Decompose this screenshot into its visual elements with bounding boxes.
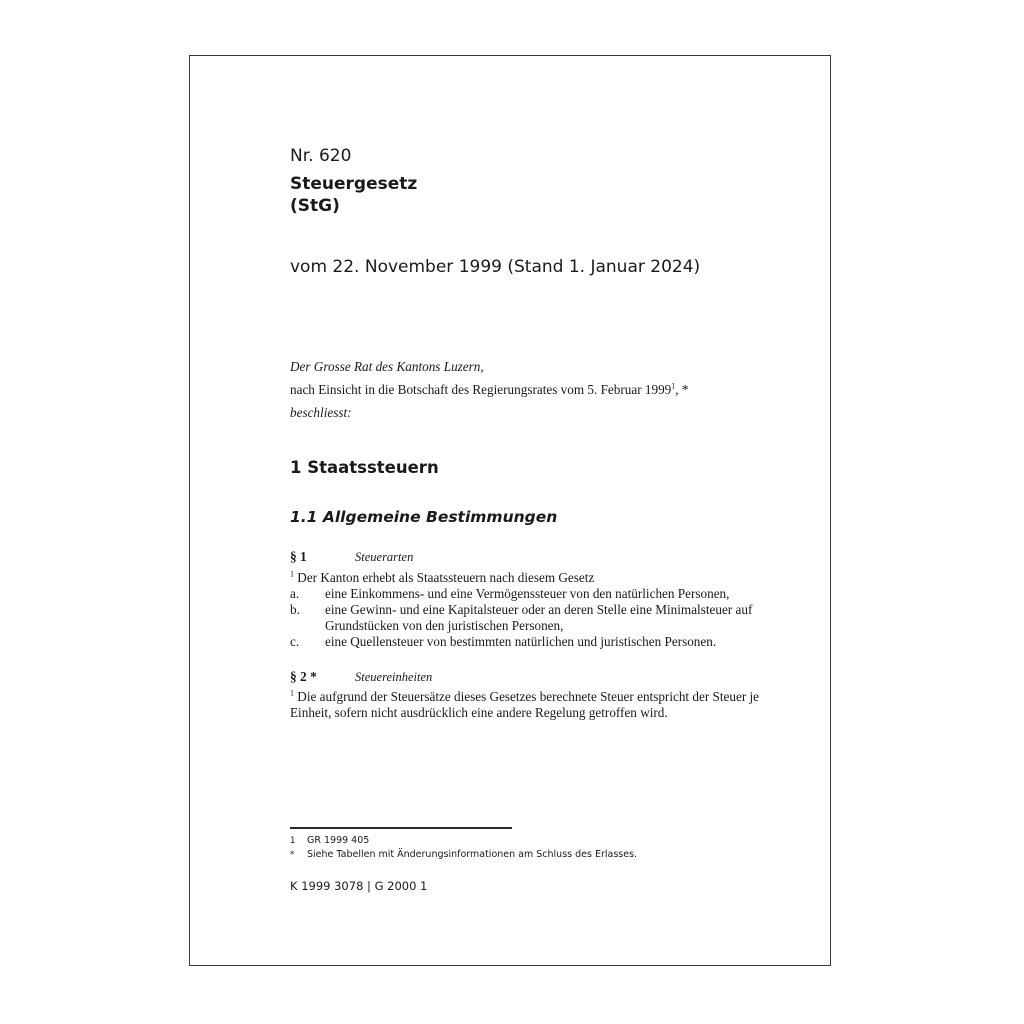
preamble-basis-text: nach Einsicht in die Botschaft des Regie…: [290, 382, 671, 397]
paragraph-intro-text: Der Kanton erhebt als Staatssteuern nach…: [294, 570, 594, 585]
paragraph-number: § 1: [290, 549, 355, 565]
law-date: vom 22. November 1999 (Stand 1. Januar 2…: [290, 257, 700, 277]
law-title-abbreviation: (StG): [290, 195, 417, 217]
paragraph-title: Steuereinheiten: [355, 670, 432, 684]
list-label: a.: [290, 586, 325, 602]
paragraph-body: 1 Die aufgrund der Steuersätze dieses Ge…: [290, 689, 780, 721]
footnote-marker: 1: [290, 834, 307, 848]
paragraph-intro-text: Die aufgrund der Steuersätze dieses Gese…: [290, 689, 759, 720]
paragraph-number: § 2 *: [290, 669, 355, 685]
law-title: Steuergesetz (StG): [290, 173, 417, 217]
list-text: eine Quellensteuer von bestimmten natürl…: [325, 634, 716, 650]
publication-reference: K 1999 3078 | G 2000 1: [290, 879, 427, 893]
list-text: eine Gewinn- und eine Kapitalsteuer oder…: [325, 602, 780, 634]
list-item: c.eine Quellensteuer von bestimmten natü…: [290, 634, 780, 650]
paragraph-intro: 1 Der Kanton erhebt als Staatssteuern na…: [290, 570, 780, 586]
law-title-main: Steuergesetz: [290, 173, 417, 195]
preamble: Der Grosse Rat des Kantons Luzern, nach …: [290, 355, 688, 424]
preamble-authority: Der Grosse Rat des Kantons Luzern,: [290, 355, 688, 378]
paragraph-title: Steuerarten: [355, 550, 413, 564]
paragraph-heading: § 1Steuerarten: [290, 549, 413, 565]
document-page: Nr. 620 Steuergesetz (StG) vom 22. Novem…: [189, 55, 831, 966]
list-label: b.: [290, 602, 325, 634]
paragraph-body: 1 Der Kanton erhebt als Staatssteuern na…: [290, 570, 780, 650]
footnote-marker: *: [290, 848, 307, 862]
law-number: Nr. 620: [290, 146, 351, 166]
preamble-resolution: beschliesst:: [290, 401, 688, 424]
footnote-text: Siehe Tabellen mit Änderungsinformatione…: [307, 848, 637, 862]
footnote: *Siehe Tabellen mit Änderungsinformation…: [290, 848, 637, 862]
chapter-heading: 1 Staatssteuern: [290, 458, 439, 477]
footnotes: 1GR 1999 405 *Siehe Tabellen mit Änderun…: [290, 834, 637, 862]
footnote: 1GR 1999 405: [290, 834, 637, 848]
footnote-text: GR 1999 405: [307, 834, 369, 848]
list-item: b.eine Gewinn- und eine Kapitalsteuer od…: [290, 602, 780, 634]
list-text: eine Einkommens- und eine Vermögenssteue…: [325, 586, 729, 602]
paragraph-heading: § 2 *Steuereinheiten: [290, 669, 432, 685]
list-item: a.eine Einkommens- und eine Vermögensste…: [290, 586, 780, 602]
section-heading: 1.1 Allgemeine Bestimmungen: [290, 508, 557, 526]
amendment-marker: , *: [675, 382, 688, 397]
list-label: c.: [290, 634, 325, 650]
preamble-basis: nach Einsicht in die Botschaft des Regie…: [290, 378, 688, 401]
footnote-separator: [290, 827, 512, 829]
